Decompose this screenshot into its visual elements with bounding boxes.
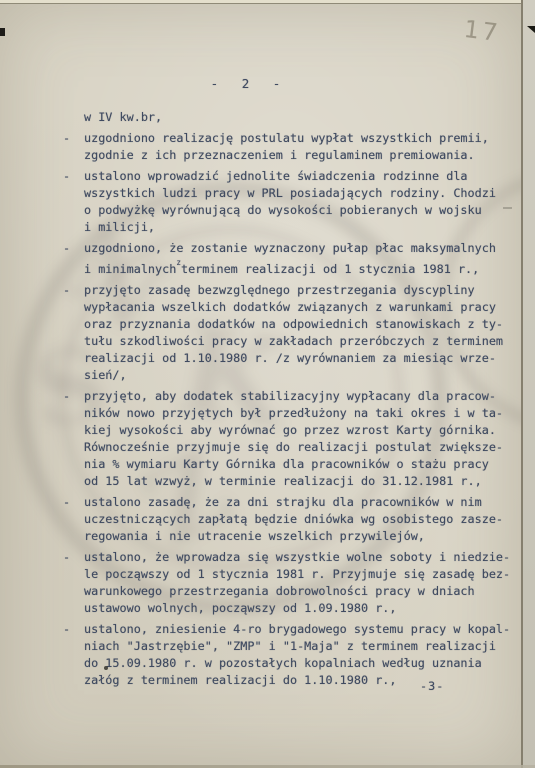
text-line: oraz przyznania dodatków na odpowiednich…	[84, 316, 515, 333]
text-line: i minimalnychzterminem realizacji od 1 s…	[84, 257, 515, 278]
text-line: uczestniczących zapłatą będzie dniówka w…	[84, 511, 515, 528]
text-line: niach "Jastrzębie", "ZMP" i "1-Maja" z t…	[84, 638, 515, 655]
text-line: wypłacania wszelkich dodatków związanych…	[84, 299, 515, 316]
bullet-item: -ustalono zasadę, że za dni strajku dla …	[63, 494, 515, 545]
scan-artifact-left-edge	[0, 28, 5, 36]
document-scan: N S Z K - 2 - 17 w IV kw.br, -uzgodniono…	[0, 0, 535, 768]
text-line: le począwszy od 1 stycznia 1981 r. Przyj…	[84, 566, 515, 583]
text-line: sień/,	[84, 367, 515, 384]
text-line: warunkowego przestrzegania dobrowolności…	[84, 583, 515, 600]
bullet-item: -ustalono wprowadzić jednolite świadczen…	[63, 168, 515, 236]
bullet-item: -ustalono, że wprowadza się wszystkie wo…	[63, 549, 515, 617]
bullet-item: -uzgodniono realizację postulatu wypłat …	[63, 130, 515, 164]
text-line: o podwyżkę wyrównującą do wysokości pobi…	[84, 202, 515, 219]
text-line: realizacji od 1.10.1980 r. /z wyrównanie…	[84, 350, 515, 367]
page-number-bottom: -3-	[420, 679, 444, 693]
typewritten-content: w IV kw.br, -uzgodniono realizację postu…	[63, 109, 515, 689]
text-line: ustalono, zniesienie 4-ro brygadowego sy…	[84, 621, 515, 638]
scan-artifact-dash	[503, 207, 512, 209]
page-number-top: - 2 -	[0, 76, 510, 91]
ink-speck	[104, 666, 108, 670]
text-line: wszystkich ludzi pracy w PRL posiadający…	[84, 185, 515, 202]
text-line: załóg z terminem realizacji do 1.10.1980…	[84, 672, 515, 689]
text-line: do 15.09.1980 r. w pozostałych kopalniac…	[84, 655, 515, 672]
text-line: regowania i nie utracenie wszelkich przy…	[84, 528, 515, 545]
bullet-item: -uzgodniono, że zostanie wyznaczony puła…	[63, 240, 515, 278]
bullet-dash: -	[63, 130, 70, 147]
text-line: przyjęto, aby dodatek stabilizacyjny wyp…	[84, 388, 515, 405]
text-line: przyjęto zasadę bezwzględnego przestrzeg…	[84, 282, 515, 299]
text-line: i milicji,	[84, 219, 515, 236]
bullet-item: -ustalono, zniesienie 4-ro brygadowego s…	[63, 621, 515, 689]
paper-page: N S Z K - 2 - 17 w IV kw.br, -uzgodniono…	[0, 3, 521, 768]
bullet-item: -przyjęto, aby dodatek stabilizacyjny wy…	[63, 388, 515, 490]
text-line: nia % wymiaru Karty Górnika dla pracowni…	[84, 456, 515, 473]
bullet-dash: -	[63, 388, 70, 405]
scan-edge-top	[0, 0, 535, 4]
bullet-list: -uzgodniono realizację postulatu wypłat …	[63, 130, 515, 689]
text-line: zgodnie z ich przeznaczeniem i regulamin…	[84, 147, 515, 164]
scan-edge-right	[521, 0, 535, 768]
text-line: ustawowo wolnych, począwszy od 1.09.1980…	[84, 600, 515, 617]
bullet-dash: -	[63, 168, 70, 185]
text-line: uzgodniono realizację postulatu wypłat w…	[84, 130, 515, 147]
text-line: ustalono zasadę, że za dni strajku dla p…	[84, 494, 515, 511]
bullet-dash: -	[63, 240, 70, 257]
text-line: tułu szkodliwości pracy w zakładach prze…	[84, 333, 515, 350]
bullet-dash: -	[63, 494, 70, 511]
intro-line: w IV kw.br,	[84, 109, 515, 126]
bullet-dash: -	[63, 549, 70, 566]
text-line: Równocześnie przyjmuje się do realizacji…	[84, 439, 515, 456]
text-line: uzgodniono, że zostanie wyznaczony pułap…	[84, 240, 515, 257]
text-line: ustalono wprowadzić jednolite świadczeni…	[84, 168, 515, 185]
text-line: kiej wysokości aby wyrównać go przez wzr…	[84, 422, 515, 439]
bullet-item: -przyjęto zasadę bezwzględnego przestrze…	[63, 282, 515, 384]
text-line: ustalono, że wprowadza się wszystkie wol…	[84, 549, 515, 566]
bullet-dash: -	[63, 621, 70, 638]
text-line: ników nowo przyjętych był przedłużony na…	[84, 405, 515, 422]
bullet-dash: -	[63, 282, 70, 299]
text-line: od 15 lat wzwyż, w terminie realizacji d…	[84, 473, 515, 490]
handwritten-pencil-number: 17	[462, 15, 502, 47]
